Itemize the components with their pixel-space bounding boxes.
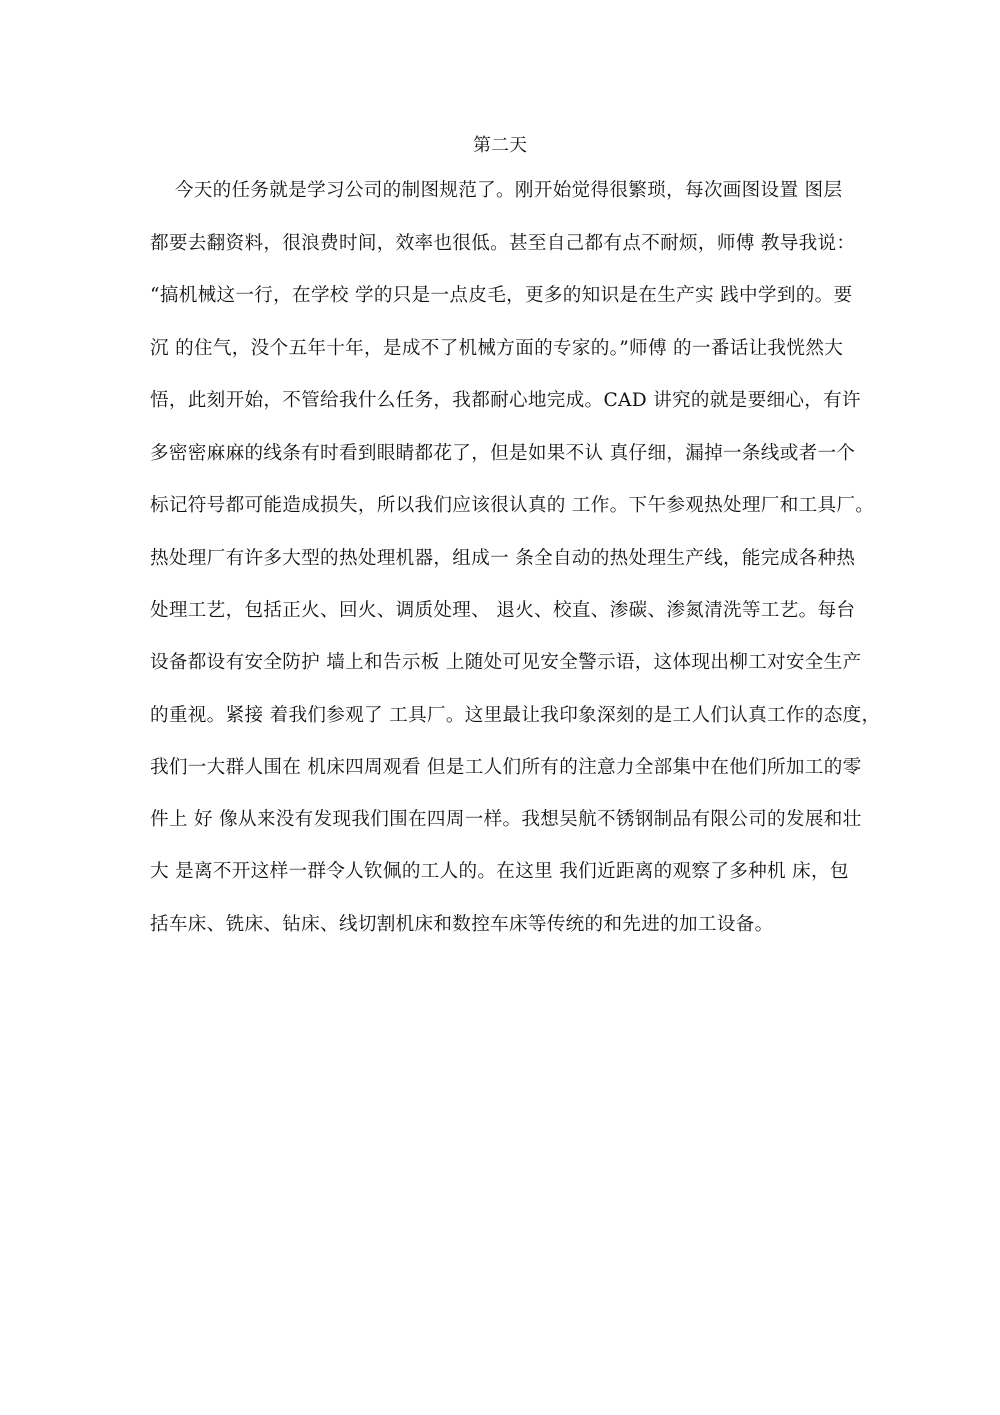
paragraph-line: 的重视。紧接 着我们参观了 工具厂。这里最让我印象深刻的是工人们认真工作的态度， <box>150 704 862 728</box>
paragraph-line: 设备都设有安全防护 墙上和告示板 上随处可见安全警示语，这体现出柳工对安全生产 <box>150 651 862 675</box>
page-title: 第二天 <box>0 134 1000 158</box>
paragraph-line: 括车床、铣床、钻床、线切割机床和数控车床等传统的和先进的加工设备。 <box>150 913 862 937</box>
paragraph-line: 多密密麻麻的线条有时看到眼睛都花了，但是如果不认 真仔细，漏掉一条线或者一个 <box>150 442 862 466</box>
paragraph-line: 都要去翻资料，很浪费时间，效率也很低。甚至自己都有点不耐烦，师傅 教导我说： <box>150 232 862 256</box>
paragraph-line: 今天的任务就是学习公司的制图规范了。刚开始觉得很繁琐，每次画图设置 图层 <box>150 179 862 203</box>
paragraph-line: 热处理厂有许多大型的热处理机器，组成一 条全自动的热处理生产线，能完成各种热 <box>150 547 862 571</box>
paragraph-line: 沉 的住气，没个五年十年，是成不了机械方面的专家的。”师傅 的一番话让我恍然大 <box>150 337 862 361</box>
paragraph-line: 标记符号都可能造成损失，所以我们应该很认真的 工作。下午参观热处理厂和工具厂。 <box>150 494 862 518</box>
paragraph-line: 件上 好 像从来没有发现我们围在四周一样。我想吴航不锈钢制品有限公司的发展和壮 <box>150 808 862 832</box>
paragraph-line: “搞机械这一行，在学校 学的只是一点皮毛，更多的知识是在生产实 践中学到的。要 <box>150 284 862 308</box>
paragraph-line: 处理工艺，包括正火、回火、调质处理、 退火、校直、渗碳、渗氮清洗等工艺。每台 <box>150 599 862 623</box>
paragraph-line: 我们一大群人围在 机床四周观看 但是工人们所有的注意力全部集中在他们所加工的零 <box>150 756 862 780</box>
document-page: 第二天 今天的任务就是学习公司的制图规范了。刚开始觉得很繁琐，每次画图设置 图层… <box>0 0 1000 1415</box>
paragraph-line: 悟，此刻开始，不管给我什么任务，我都耐心地完成。CAD 讲究的就是要细心，有许 <box>150 389 862 413</box>
paragraph-line: 大 是离不开这样一群令人钦佩的工人的。在这里 我们近距离的观察了多种机 床，包 <box>150 860 862 884</box>
